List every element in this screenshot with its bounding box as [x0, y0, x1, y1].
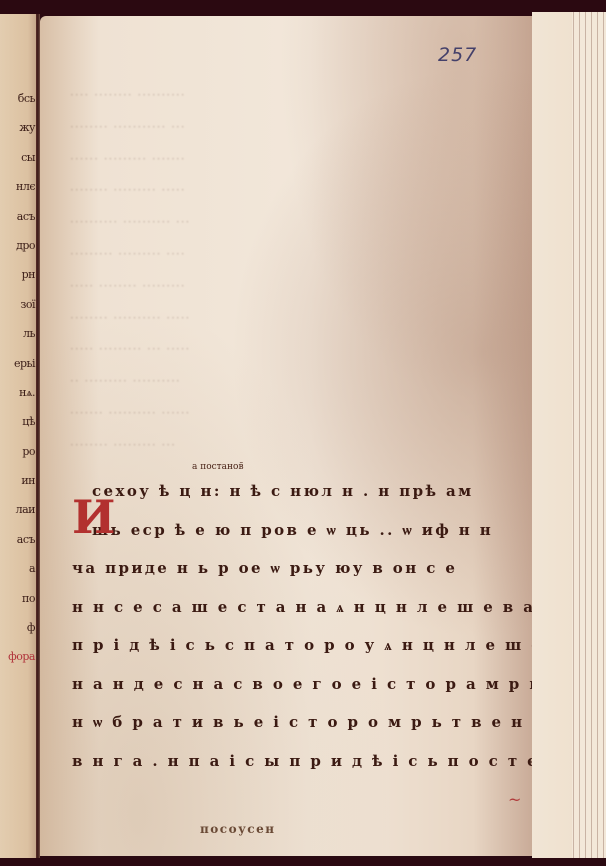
faded-line: ····· ········ ········· [70, 271, 420, 303]
left-fragment: зої [0, 290, 36, 319]
left-fragment: ин [0, 466, 36, 495]
margin-red-mark: ~ [508, 790, 521, 809]
text-line: н н с е с а ш е с т а н а ѧ н ц н л е ш … [72, 588, 512, 627]
faded-line: ········· ········· ···· [70, 239, 420, 271]
text-line: шь еср ѣ е ю п ров е ѡ ць .. ѡ иф н н [72, 511, 512, 550]
faded-line: ······ ········· ······· [70, 144, 420, 176]
dark-backdrop-top [0, 0, 606, 16]
left-fragment: по [0, 584, 36, 613]
red-initial-letter: И [72, 494, 115, 540]
left-fragment: рн [0, 260, 36, 289]
left-fragment-rubric: фора [0, 642, 36, 671]
left-fragment: асъ [0, 525, 36, 554]
faded-line: ········ ········· ··· [70, 430, 420, 462]
left-page-text: бсь жу сы нлє асъ дро рн зої ль ерьі нѧ.… [0, 84, 36, 672]
faded-line: ······· ·········· ······ [70, 398, 420, 430]
faded-line: ········ ·········· ····· [70, 303, 420, 335]
left-fragment: лаи [0, 495, 36, 524]
left-fragment: нлє [0, 172, 36, 201]
text-line: н а н д е с н а с в о е г о е і с т о р … [72, 665, 512, 704]
left-fragment: асъ [0, 202, 36, 231]
left-fragment: цѣ [0, 407, 36, 436]
faded-line: ········ ··········· ··· [70, 112, 420, 144]
catchword: посоусен [200, 822, 276, 836]
faded-line: ·········· ·········· ··· [70, 207, 420, 239]
page-number: 257 [438, 44, 477, 66]
superscript-note: а постанов̃ [192, 462, 244, 472]
left-facing-page: бсь жу сы нлє асъ дро рн зої ль ерьі нѧ.… [0, 14, 40, 859]
text-line: п р і д ѣ і с ь с п а т о р о у ѧ н ц н … [72, 626, 512, 665]
text-line: н ѡ б р а т и в ь е і с т о р о м р ь т … [72, 703, 512, 742]
text-line: в н г а . н п а і с ы п р и д ѣ і с ь п … [72, 742, 512, 781]
text-line: сехоу ѣ ц н: н ѣ с нюл н . н прѣ ам [72, 472, 512, 511]
dark-backdrop-bottom [0, 858, 606, 866]
faded-line: ···· ········ ·········· [70, 80, 420, 112]
left-fragment: ерьі [0, 349, 36, 378]
page-margin-strip [532, 12, 572, 858]
faded-text-block: ···· ········ ·········· ········ ······… [70, 80, 420, 462]
left-fragment: нѧ. [0, 378, 36, 407]
left-fragment: ф [0, 613, 36, 642]
left-fragment: бсь [0, 84, 36, 113]
faded-line: ········ ········· ····· [70, 175, 420, 207]
left-fragment: а [0, 554, 36, 583]
left-fragment: дро [0, 231, 36, 260]
left-fragment: жу [0, 113, 36, 142]
left-fragment: сы [0, 143, 36, 172]
left-fragment: ль [0, 319, 36, 348]
text-line: ча приде н ь р ое ѡ рьу юу в он с е [72, 549, 512, 588]
faded-line: ····· ········· ··· ····· [70, 334, 420, 366]
faded-line: ·· ········· ·········· [70, 366, 420, 398]
left-fragment: ро [0, 437, 36, 466]
manuscript-text: а постанов̃ И сехоу ѣ ц н: н ѣ с нюл н .… [72, 472, 512, 780]
